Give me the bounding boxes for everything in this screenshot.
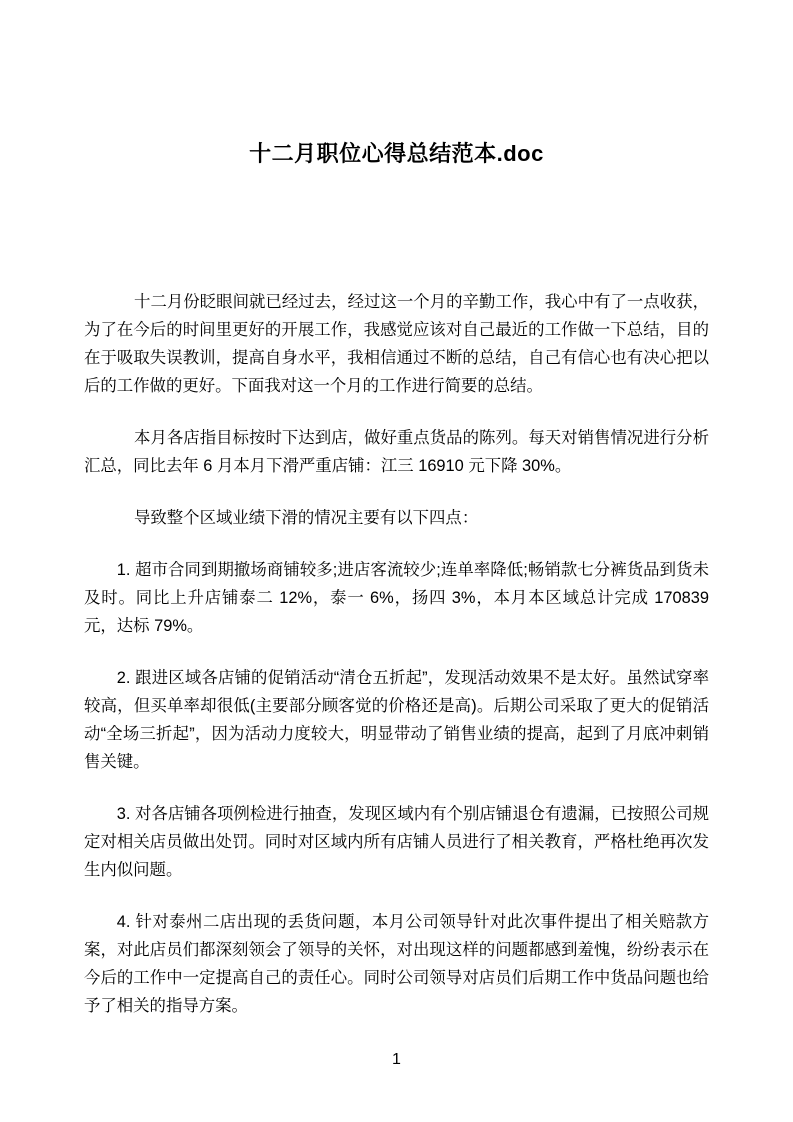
document-body: 十二月份眨眼间就已经过去，经过这一个月的辛勤工作，我心中有了一点收获，为了在今后… [84,288,709,1020]
paragraph-reason-1: 1. 超市合同到期撤场商铺较多;进店客流较少;连单率降低;畅销款七分裤货品到货未… [84,556,709,640]
paragraph-reason-3: 3. 对各店铺各项例检进行抽查，发现区域内有个别店铺退仓有遗漏，已按照公司规定对… [84,800,709,884]
page-number: 1 [0,1049,793,1071]
paragraph-monthly-overview: 本月各店指目标按时下达到店，做好重点货品的陈列。每天对销售情况进行分析汇总，同比… [84,424,709,480]
document-page: 十二月职位心得总结范本.doc 十二月份眨眼间就已经过去，经过这一个月的辛勤工作… [0,0,793,1122]
paragraph-intro: 十二月份眨眼间就已经过去，经过这一个月的辛勤工作，我心中有了一点收获，为了在今后… [84,288,709,400]
document-title: 十二月职位心得总结范本.doc [0,0,793,169]
paragraph-decline-reasons-intro: 导致整个区域业绩下滑的情况主要有以下四点： [84,504,709,532]
paragraph-reason-2: 2. 跟进区域各店铺的促销活动“清仓五折起”，发现活动效果不是太好。虽然试穿率较… [84,664,709,776]
paragraph-reason-4: 4. 针对泰州二店出现的丢货问题，本月公司领导针对此次事件提出了相关赔款方案，对… [84,908,709,1020]
